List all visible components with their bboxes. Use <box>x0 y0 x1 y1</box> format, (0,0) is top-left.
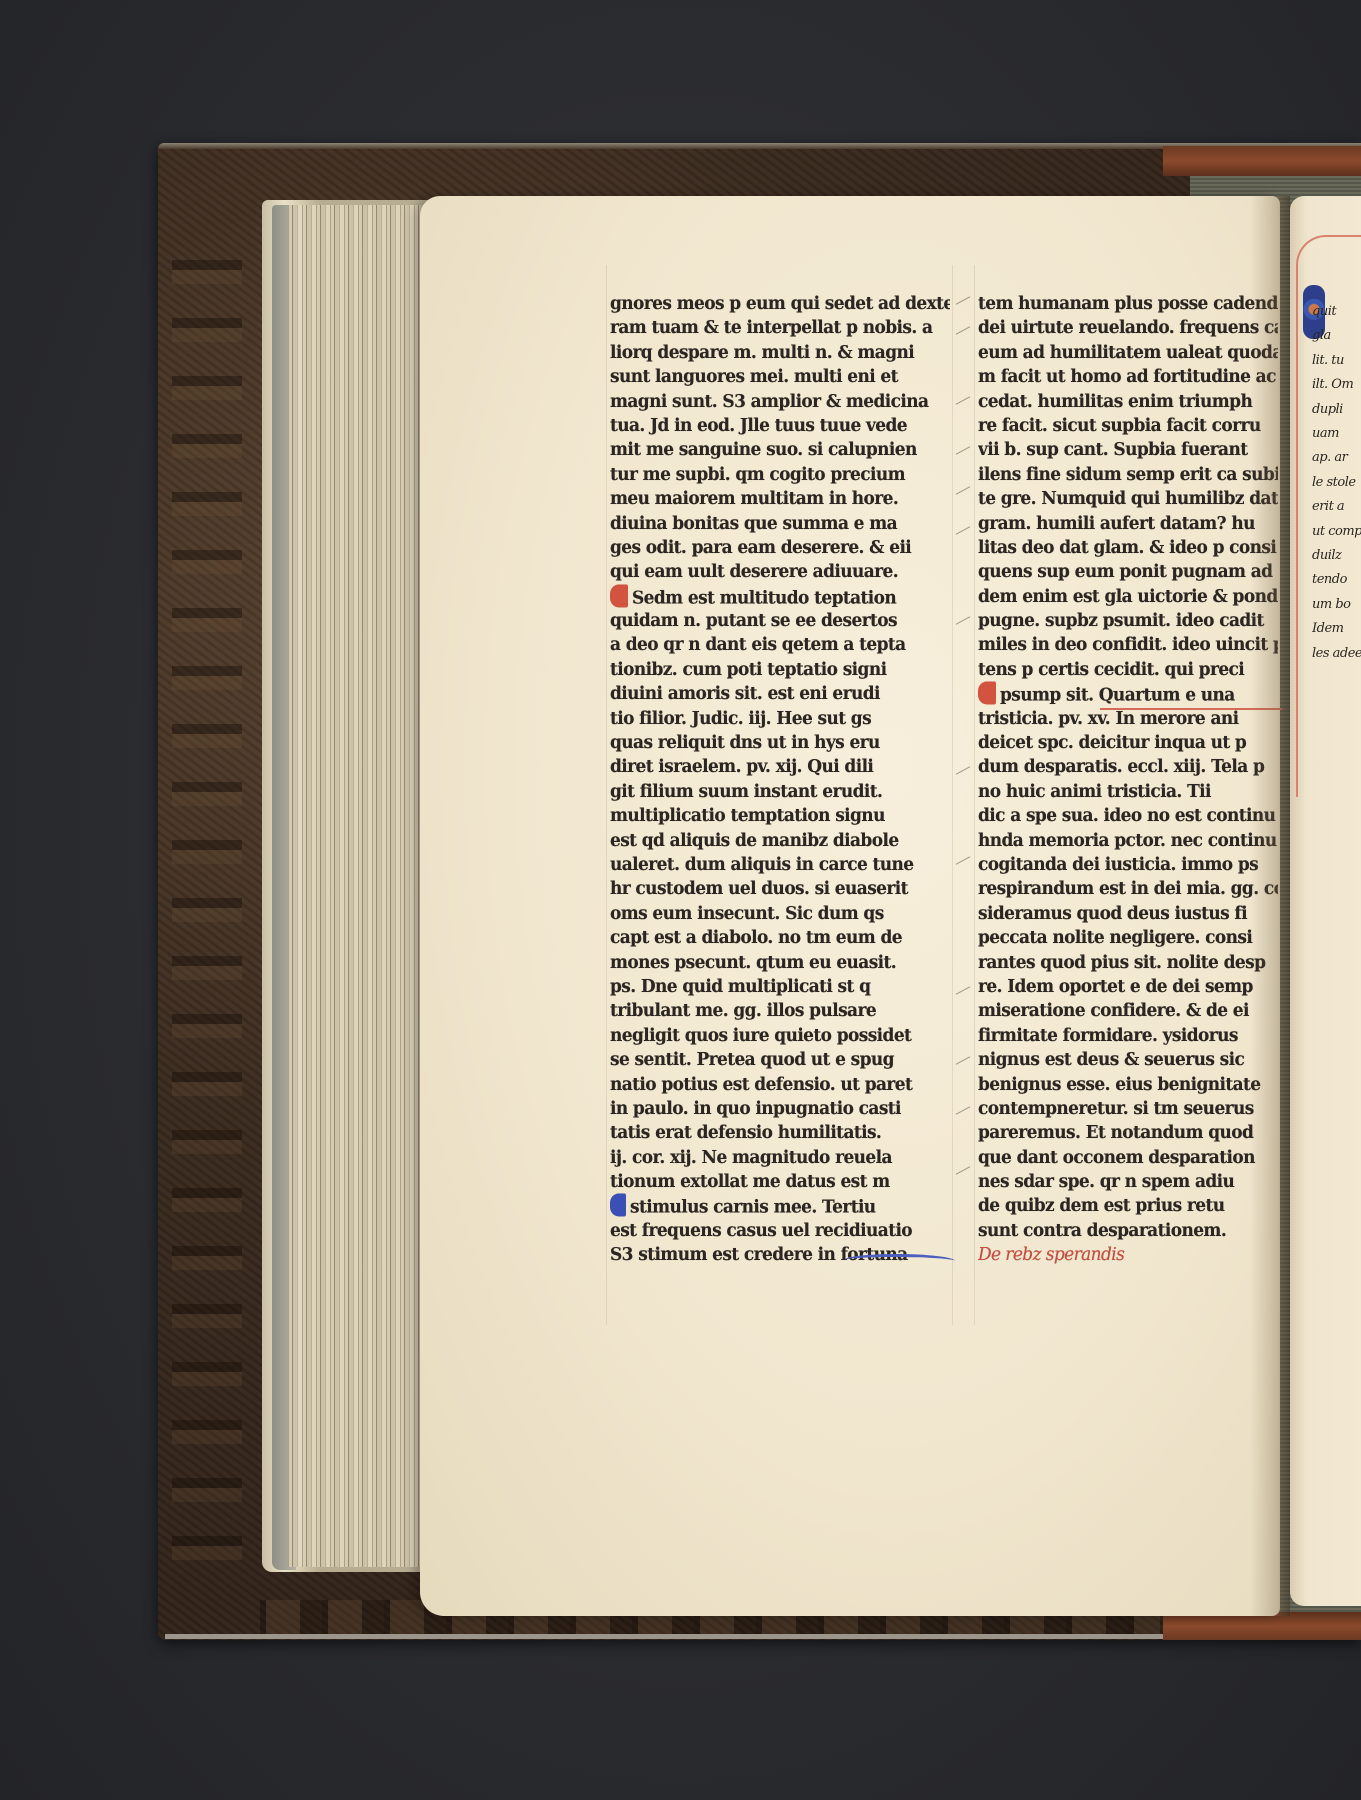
line-text: quas reliquit dns ut in hys eru <box>610 733 880 754</box>
line-text: firmitate formidare. ysidorus <box>978 1025 1238 1046</box>
line-text: natio potius est defensio. ut paret <box>610 1074 912 1095</box>
line-text: sideramus quod deus iustus fi <box>978 903 1247 924</box>
line-text: diuini amoris sit. est eni erudi <box>610 684 880 705</box>
manuscript-line: tua. Jd in eod. Jlle tuus tuue vede <box>610 413 950 439</box>
line-text: a deo qr n dant eis qetem a tepta <box>610 635 906 656</box>
text-column-b: tem humanam plus posse cadendo qdei uirt… <box>978 292 1278 1268</box>
line-text: dum desparatis. eccl. xiij. Tela p <box>978 757 1264 778</box>
line-text: ij. cor. xij. Ne magnitudo reuela <box>610 1147 892 1168</box>
manuscript-line: pugne. supbz psumit. ideo cadit <box>978 608 1278 634</box>
manuscript-line: ilens fine sidum semp erit ca subi <box>978 462 1278 488</box>
manuscript-line: gram. humili aufert datam? hu <box>978 511 1278 537</box>
manuscript-line: rantes quod pius sit. nolite desp <box>978 950 1278 976</box>
blue-paragraph-initial <box>610 1194 626 1217</box>
line-text: m facit ut homo ad fortitudine ac <box>978 367 1276 388</box>
manuscript-line: oms eum insecunt. Sic dum qs <box>610 901 950 927</box>
manuscript-line: diuina bonitas que summa e ma <box>610 511 950 537</box>
manuscript-line: natio potius est defensio. ut paret <box>610 1072 950 1098</box>
manuscript-line: miseratione confidere. & de ei <box>978 999 1278 1025</box>
line-text: miseratione confidere. & de ei <box>978 1001 1249 1022</box>
manuscript-line: re facit. sicut supbia facit corru <box>978 413 1278 439</box>
spine-tailband <box>1163 1612 1361 1640</box>
line-text: negligit quos iure quieto possidet <box>610 1025 911 1046</box>
facing-line: erit a <box>1312 495 1361 519</box>
manuscript-line: tem humanam plus posse cadendo q <box>978 291 1278 317</box>
line-text: re facit. sicut supbia facit corru <box>978 415 1261 436</box>
manuscript-line: psump sit. Quartum e una <box>978 682 1278 708</box>
line-text: contempneretur. si tm seuerus <box>978 1098 1254 1119</box>
red-paragraph-initial <box>978 682 996 705</box>
manuscript-line: negligit quos iure quieto possidet <box>610 1023 950 1049</box>
manuscript-line: hnda memoria pctor. nec continu <box>978 828 1278 854</box>
line-text: de quibz dem est prius retu <box>978 1196 1225 1217</box>
manuscript-line: mones psecunt. qtum eu euasit. <box>610 950 950 976</box>
manuscript-line: deicet spc. deicitur inqua ut p <box>978 730 1278 756</box>
facing-line: quit <box>1312 300 1361 324</box>
line-text: diret israelem. pv. xij. Qui dili <box>610 757 873 778</box>
manuscript-line: multiplicatio temptation signu <box>610 804 950 830</box>
line-text: nes sdar spe. qr n spem adiu <box>978 1172 1234 1193</box>
manuscript-line: dei uirtute reuelando. frequens casus <box>978 316 1278 342</box>
facing-line: le stole <box>1312 471 1361 495</box>
manuscript-line: respirandum est in dei mia. gg. co <box>978 877 1278 903</box>
line-text: multiplicatio temptation signu <box>610 806 885 827</box>
manuscript-line: eum ad humilitatem ualeat quodam <box>978 340 1278 366</box>
line-text: ilens fine sidum semp erit ca subi <box>978 464 1278 485</box>
manuscript-line: Sedm est multitudo teptation <box>610 584 950 610</box>
line-text: meu maiorem multitam in hore. <box>610 489 898 510</box>
stacked-leaf-edges <box>288 205 438 1567</box>
line-text: stimulus carnis mee. Tertiu <box>630 1197 876 1218</box>
line-text: qui eam uult deserere adiuuare. <box>610 562 898 583</box>
facing-line: dupli <box>1312 398 1361 422</box>
line-text: sunt contra desparationem. <box>978 1220 1226 1241</box>
manuscript-line: m facit ut homo ad fortitudine ac <box>978 365 1278 391</box>
line-text: tionibz. cum poti teptatio signi <box>610 659 886 680</box>
line-text: tribulant me. gg. illos pulsare <box>610 1001 876 1022</box>
line-text: tio filior. Judic. iij. Hee sut gs <box>610 708 871 729</box>
manuscript-line: nes sdar spe. qr n spem adiu <box>978 1169 1278 1195</box>
manuscript-line: sideramus quod deus iustus fi <box>978 901 1278 927</box>
line-text: tens p certis cecidit. qui preci <box>978 659 1244 680</box>
manuscript-line: dic a spe sua. ideo no est continu <box>978 804 1278 830</box>
manuscript-line: diuini amoris sit. est eni erudi <box>610 682 950 708</box>
spine-headband <box>1163 146 1361 176</box>
manuscript-line: pareremus. Et notandum quod <box>978 1121 1278 1147</box>
line-text: gram. humili aufert datam? hu <box>978 513 1255 534</box>
text-column-a: gnores meos p eum qui sedet ad dexteram … <box>610 292 950 1268</box>
line-text: ram tuam & te interpellat p nobis. a <box>610 318 932 339</box>
facing-line: tendo <box>1312 568 1361 592</box>
facing-line: uam <box>1312 422 1361 446</box>
manuscript-line: ij. cor. xij. Ne magnitudo reuela <box>610 1145 950 1171</box>
manuscript-line: diret israelem. pv. xij. Qui dili <box>610 755 950 781</box>
manuscript-line: gnores meos p eum qui sedet ad dexte <box>610 291 950 317</box>
line-text: benignus esse. eius benignitate <box>978 1074 1261 1095</box>
manuscript-line: miles in deo confidit. ideo uincit p <box>978 633 1278 659</box>
line-text: cedat. humilitas enim triumph <box>978 391 1252 412</box>
manuscript-line: sunt contra desparationem. <box>978 1218 1278 1244</box>
line-text: tem humanam plus posse cadendo q <box>978 293 1278 314</box>
manuscript-line: dum desparatis. eccl. xiij. Tela p <box>978 755 1278 781</box>
manuscript-line: qui eam uult deserere adiuuare. <box>610 560 950 586</box>
manuscript-line: tio filior. Judic. iij. Hee sut gs <box>610 706 950 732</box>
manuscript-line: est qd aliquis de manibz diabole <box>610 828 950 854</box>
line-text: ges odit. para eam deserere. & eii <box>610 537 911 558</box>
line-text: vii b. sup cant. Supbia fuerant <box>978 440 1247 461</box>
facing-line: gla <box>1312 324 1361 348</box>
manuscript-line: ges odit. para eam deserere. & eii <box>610 535 950 561</box>
facing-line: ap. ar <box>1312 446 1361 470</box>
line-text: De rebz sperandis <box>978 1245 1124 1266</box>
manuscript-line: ps. Dne quid multiplicati st q <box>610 974 950 1000</box>
facing-text: quitglalit. tuilt. Omdupliuamap. arle st… <box>1312 300 1361 666</box>
ruling-line <box>606 265 607 1325</box>
manuscript-line: nignus est deus & seuerus sic <box>978 1047 1278 1073</box>
line-text: dic a spe sua. ideo no est continu <box>978 806 1275 827</box>
manuscript-line: meu maiorem multitam in hore. <box>610 487 950 513</box>
line-text: deicet spc. deicitur inqua ut p <box>978 733 1246 754</box>
line-text: pareremus. Et notandum quod <box>978 1123 1253 1144</box>
manuscript-line: ram tuam & te interpellat p nobis. a <box>610 316 950 342</box>
tooled-border-left <box>172 260 242 1570</box>
line-text: hnda memoria pctor. nec continu <box>978 830 1277 851</box>
line-text: quidam n. putant se ee desertos <box>610 611 897 632</box>
manuscript-line: cedat. humilitas enim triumph <box>978 389 1278 415</box>
line-text: tatis erat defensio humilitatis. <box>610 1123 881 1144</box>
manuscript-line: peccata nolite negligere. consi <box>978 926 1278 952</box>
line-text: psump sit. Quartum e una <box>1000 685 1235 706</box>
line-text: respirandum est in dei mia. gg. co <box>978 879 1278 900</box>
manuscript-line: magni sunt. S3 amplior & medicina <box>610 389 950 415</box>
line-text: liorq despare m. multi n. & magni <box>610 342 914 363</box>
manuscript-line: in paulo. in quo inpugnatio casti <box>610 1096 950 1122</box>
manuscript-line: quidam n. putant se ee desertos <box>610 608 950 634</box>
manuscript-line: ualeret. dum aliquis in carce tune <box>610 852 950 878</box>
line-text: peccata nolite negligere. consi <box>978 928 1252 949</box>
manuscript-line: est frequens casus uel recidiuatio <box>610 1218 950 1244</box>
line-text: sunt languores mei. multi eni et <box>610 367 898 388</box>
facing-line: Idem <box>1312 617 1361 641</box>
manuscript-line: firmitate formidare. ysidorus <box>978 1023 1278 1049</box>
manuscript-line: liorq despare m. multi n. & magni <box>610 340 950 366</box>
ruling-line <box>952 265 953 1325</box>
line-text: magni sunt. S3 amplior & medicina <box>610 391 928 412</box>
line-text: est qd aliquis de manibz diabole <box>610 830 899 851</box>
facing-line: ilt. Om <box>1312 373 1361 397</box>
line-text: tur me supbi. qm cogito precium <box>610 464 905 485</box>
line-text: quens sup eum ponit pugnam ad <box>978 562 1272 583</box>
manuscript-line: mit me sanguine suo. si calupnien <box>610 438 950 464</box>
manuscript-line: de quibz dem est prius retu <box>978 1194 1278 1220</box>
line-text: dei uirtute reuelando. frequens casus <box>978 318 1278 339</box>
blue-initial-flourish <box>845 1254 955 1267</box>
line-text: in paulo. in quo inpugnatio casti <box>610 1098 901 1119</box>
manuscript-line: cogitanda dei iusticia. immo ps <box>978 852 1278 878</box>
manuscript-line: quas reliquit dns ut in hys eru <box>610 730 950 756</box>
manuscript-line: se sentit. Pretea quod ut e spug <box>610 1047 950 1073</box>
manuscript-line: git filium suum instant erudit. <box>610 779 950 805</box>
manuscript-line: quens sup eum ponit pugnam ad <box>978 560 1278 586</box>
line-text: est frequens casus uel recidiuatio <box>610 1220 912 1241</box>
facing-line: duilz <box>1312 544 1361 568</box>
manuscript-line: no huic animi tristicia. Tii <box>978 779 1278 805</box>
line-text: re. Idem oportet e de dei semp <box>978 976 1253 997</box>
line-text: cogitanda dei iusticia. immo ps <box>978 854 1258 875</box>
line-text: oms eum insecunt. Sic dum qs <box>610 903 884 924</box>
line-text: tionum extollat me datus est m <box>610 1172 890 1193</box>
ruling-line <box>974 265 975 1325</box>
line-text: te gre. Numquid qui humilibz dat <box>978 489 1278 510</box>
manuscript-line: te gre. Numquid qui humilibz dat <box>978 487 1278 513</box>
manuscript-line: tionibz. cum poti teptatio signi <box>610 657 950 683</box>
manuscript-line: benignus esse. eius benignitate <box>978 1072 1278 1098</box>
facing-line: lit. tu <box>1312 349 1361 373</box>
manuscript-line: tribulant me. gg. illos pulsare <box>610 999 950 1025</box>
line-text: pugne. supbz psumit. ideo cadit <box>978 611 1264 632</box>
manuscript-line: tur me supbi. qm cogito precium <box>610 462 950 488</box>
manuscript-line: vii b. sup cant. Supbia fuerant <box>978 438 1278 464</box>
manuscript-line: capt est a diabolo. no tm eum de <box>610 926 950 952</box>
line-text: hr custodem uel duos. si euaserit <box>610 879 908 900</box>
manuscript-line: tionum extollat me datus est m <box>610 1169 950 1195</box>
line-text: no huic animi tristicia. Tii <box>978 781 1211 802</box>
manuscript-line: tatis erat defensio humilitatis. <box>610 1121 950 1147</box>
line-text: dem enim est gla uictorie & ponde <box>978 586 1278 607</box>
line-text: miles in deo confidit. ideo uincit p <box>978 635 1278 656</box>
line-text: gnores meos p eum qui sedet ad dexte <box>610 293 950 314</box>
manuscript-line: contempneretur. si tm seuerus <box>978 1096 1278 1122</box>
red-paragraph-initial <box>610 584 628 607</box>
facing-line: les adee <box>1312 642 1361 666</box>
manuscript-line: a deo qr n dant eis qetem a tepta <box>610 633 950 659</box>
line-text: nignus est deus & seuerus sic <box>978 1050 1244 1071</box>
manuscript-line: sunt languores mei. multi eni et <box>610 365 950 391</box>
gutter-shadow <box>1250 196 1290 1616</box>
line-text: eum ad humilitatem ualeat quodam <box>978 342 1278 363</box>
line-text: Sedm est multitudo teptation <box>632 587 896 608</box>
line-text: diuina bonitas que summa e ma <box>610 513 897 534</box>
line-text: que dant occonem desparation <box>978 1147 1255 1168</box>
line-text: ps. Dne quid multiplicati st q <box>610 976 870 997</box>
manuscript-line: re. Idem oportet e de dei semp <box>978 974 1278 1000</box>
line-text: mit me sanguine suo. si calupnien <box>610 440 917 461</box>
facing-line: um bo <box>1312 593 1361 617</box>
rubric-heading: De rebz sperandis <box>978 1243 1278 1269</box>
line-text: litas deo dat glam. & ideo p consi <box>978 537 1276 558</box>
facing-line: ut comp <box>1312 520 1361 544</box>
line-text: ualeret. dum aliquis in carce tune <box>610 854 914 875</box>
line-text: capt est a diabolo. no tm eum de <box>610 928 902 949</box>
line-text: mones psecunt. qtum eu euasit. <box>610 952 896 973</box>
line-text: git filium suum instant erudit. <box>610 781 882 802</box>
manuscript-line: stimulus carnis mee. Tertiu <box>610 1194 950 1220</box>
line-text: rantes quod pius sit. nolite desp <box>978 952 1265 973</box>
manuscript-line: hr custodem uel duos. si euaserit <box>610 877 950 903</box>
manuscript-line: que dant occonem desparation <box>978 1145 1278 1171</box>
manuscript-line: dem enim est gla uictorie & ponde <box>978 584 1278 610</box>
line-text: se sentit. Pretea quod ut e spug <box>610 1050 894 1071</box>
manuscript-line: litas deo dat glam. & ideo p consi <box>978 535 1278 561</box>
line-text: tua. Jd in eod. Jlle tuus tuue vede <box>610 415 907 436</box>
manuscript-line: tens p certis cecidit. qui preci <box>978 657 1278 683</box>
